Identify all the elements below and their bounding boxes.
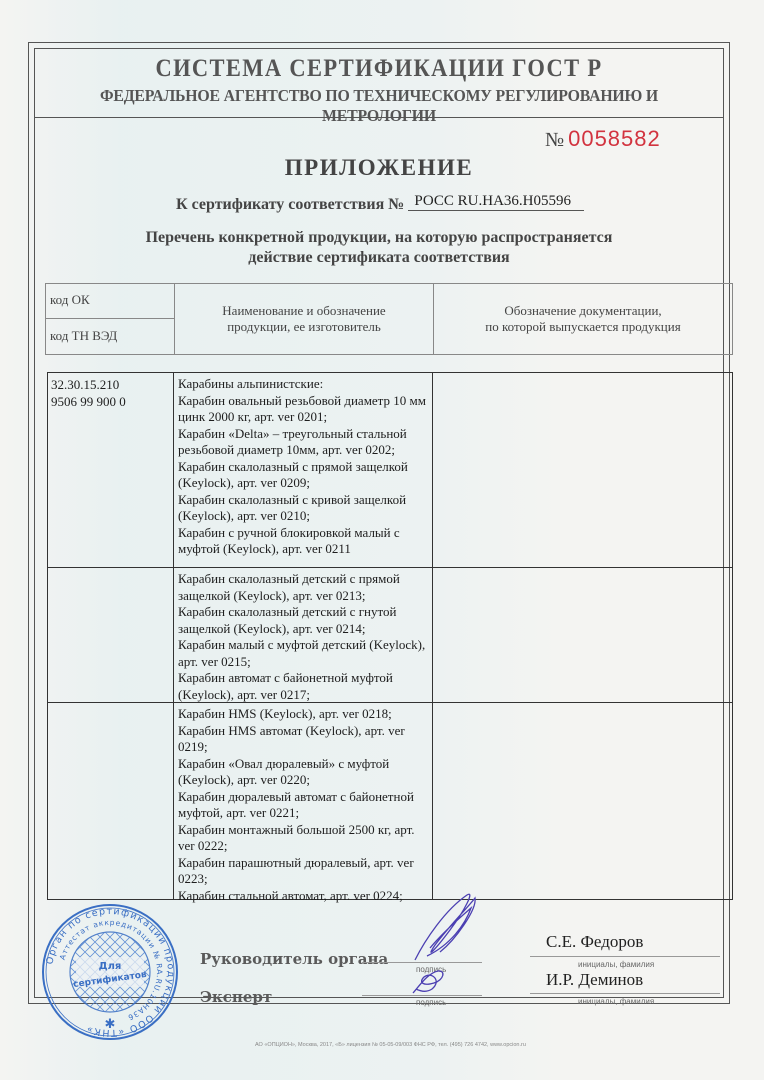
expert-signature-caption: подпись <box>416 998 446 1007</box>
expert-signature-icon <box>410 965 450 997</box>
product-line: (Keylock), арт. ver 0209; <box>178 475 429 492</box>
product-line: 0223; <box>178 871 429 888</box>
product-line: резьбовой диаметр 10мм, арт. ver 0202; <box>178 442 429 459</box>
header-code-tn-ved: код ТН ВЭД <box>50 328 117 344</box>
form-number: №0058582 <box>545 126 661 152</box>
appendix-title: ПРИЛОЖЕНИЕ <box>35 155 723 181</box>
stamp-center-line1: Для <box>99 961 122 972</box>
product-line: Карабин с ручной блокировкой малый с <box>178 525 429 542</box>
header-product-name-line1: Наименование и обозначение <box>222 303 385 319</box>
expert-label: Эксперт <box>200 988 272 1006</box>
product-line: Карабин овальный резьбовой диаметр 10 мм <box>178 393 429 410</box>
header-code-divider <box>46 318 174 319</box>
product-line: муфтой, арт. ver 0221; <box>178 805 429 822</box>
stamp-star-icon: ✱ <box>105 1017 116 1032</box>
product-list-heading: Перечень конкретной продукции, на котору… <box>35 228 723 268</box>
certification-system-title: СИСТЕМА СЕРТИФИКАЦИИ ГОСТ Р <box>69 55 688 83</box>
agency-title: ФЕДЕРАЛЬНОЕ АГЕНТСТВО ПО ТЕХНИЧЕСКОМУ РЕ… <box>59 86 699 126</box>
form-number-value: 0058582 <box>568 126 661 151</box>
product-line: Карабины альпинистские: <box>178 376 429 393</box>
product-line: (Keylock), арт. ver 0220; <box>178 772 429 789</box>
code-tn-ved: 9506 99 900 0 <box>51 394 170 411</box>
product-line: Карабин автомат с байонетной муфтой <box>178 670 429 687</box>
product-line: защелкой (Keylock), арт. ver 0213; <box>178 588 429 605</box>
head-name-caption: инициалы, фамилия <box>578 960 654 969</box>
certificate-ref-label: К сертификату соответствия № <box>176 196 404 213</box>
head-signature-icon <box>405 890 485 970</box>
product-cell: Карабин HMS (Keylock), арт. ver 0218; Ка… <box>174 703 433 899</box>
header-code-ok: код ОК <box>50 292 90 308</box>
code-ok: 32.30.15.210 <box>51 377 170 394</box>
product-line: Карабин HMS (Keylock), арт. ver 0218; <box>178 706 429 723</box>
product-line: ver 0222; <box>178 838 429 855</box>
product-line: Карабин малый с муфтой детский (Keylock)… <box>178 637 429 654</box>
product-line: Карабин скалолазный с прямой защелкой <box>178 459 429 476</box>
code-cell <box>48 703 174 899</box>
documentation-cell <box>433 568 732 702</box>
product-line: Карабин «Овал дюралевый» с муфтой <box>178 756 429 773</box>
certificate-number: РОСС RU.НА36.Н05596 <box>408 193 584 211</box>
header-codes-column: код ОК код ТН ВЭД <box>46 284 175 354</box>
number-sign: № <box>545 129 564 151</box>
printer-info: АО «ОПЦИОН», Москва, 2017, «Б» лицензия … <box>255 1042 526 1048</box>
product-line: Карабин скалолазный с кривой защелкой <box>178 492 429 509</box>
product-line: (Keylock), арт. ver 0217; <box>178 687 429 704</box>
table-header: код ОК код ТН ВЭД Наименование и обознач… <box>45 283 733 355</box>
header-documentation-line1: Обозначение документации, <box>485 303 680 319</box>
table-row: Карабин HMS (Keylock), арт. ver 0218; Ка… <box>48 702 732 899</box>
product-line: Карабин скалолазный детский с гнутой <box>178 604 429 621</box>
product-line: (Keylock), арт. ver 0210; <box>178 508 429 525</box>
product-line: Карабин HMS автомат (Keylock), арт. ver <box>178 723 429 740</box>
table-row: Карабин скалолазный детский с прямой защ… <box>48 567 732 702</box>
head-name: С.Е. Федоров <box>546 932 643 952</box>
expert-name-line <box>530 993 720 994</box>
product-line: Карабин стальной автомат, арт. ver 0224; <box>178 888 429 905</box>
header-product-name-line2: продукции, ее изготовитель <box>222 319 385 335</box>
product-line: муфтой (Keylock), арт. ver 0211 <box>178 541 429 558</box>
certification-stamp: Орган по сертификации продукции ООО «ТНК… <box>40 902 180 1042</box>
documentation-cell <box>433 703 732 899</box>
product-cell: Карабины альпинистские: Карабин овальный… <box>174 373 433 567</box>
header-product-name: Наименование и обозначение продукции, ее… <box>175 284 434 354</box>
product-table: 32.30.15.210 9506 99 900 0 Карабины альп… <box>47 372 733 900</box>
product-line: цинк 2000 кг, арт. ver 0201; <box>178 409 429 426</box>
product-line: Карабин дюралевый автомат с байонетной <box>178 789 429 806</box>
certificate-reference: К сертификату соответствия № РОСС RU.НА3… <box>176 196 584 215</box>
product-cell: Карабин скалолазный детский с прямой защ… <box>174 568 433 702</box>
code-cell: 32.30.15.210 9506 99 900 0 <box>48 373 174 567</box>
product-line: арт. ver 0215; <box>178 654 429 671</box>
list-heading-line2: действие сертификата соответствия <box>35 248 723 268</box>
head-name-line <box>530 956 720 957</box>
header-documentation-line2: по которой выпускается продукция <box>485 319 680 335</box>
product-line: защелкой (Keylock), арт. ver 0214; <box>178 621 429 638</box>
table-row: 32.30.15.210 9506 99 900 0 Карабины альп… <box>48 373 732 567</box>
header-documentation: Обозначение документации, по которой вып… <box>434 284 732 354</box>
product-line: Карабин парашютный дюралевый, арт. ver <box>178 855 429 872</box>
code-cell <box>48 568 174 702</box>
head-of-body-label: Руководитель органа <box>200 950 388 968</box>
list-heading-line1: Перечень конкретной продукции, на котору… <box>35 228 723 248</box>
product-line: Карабин «Delta» – треугольный стальной <box>178 426 429 443</box>
expert-name: И.Р. Деминов <box>546 970 643 990</box>
documentation-cell <box>433 373 732 567</box>
product-line: 0219; <box>178 739 429 756</box>
product-line: Карабин скалолазный детский с прямой <box>178 571 429 588</box>
expert-name-caption: инициалы, фамилия <box>578 997 654 1006</box>
product-line: Карабин монтажный большой 2500 кг, арт. <box>178 822 429 839</box>
